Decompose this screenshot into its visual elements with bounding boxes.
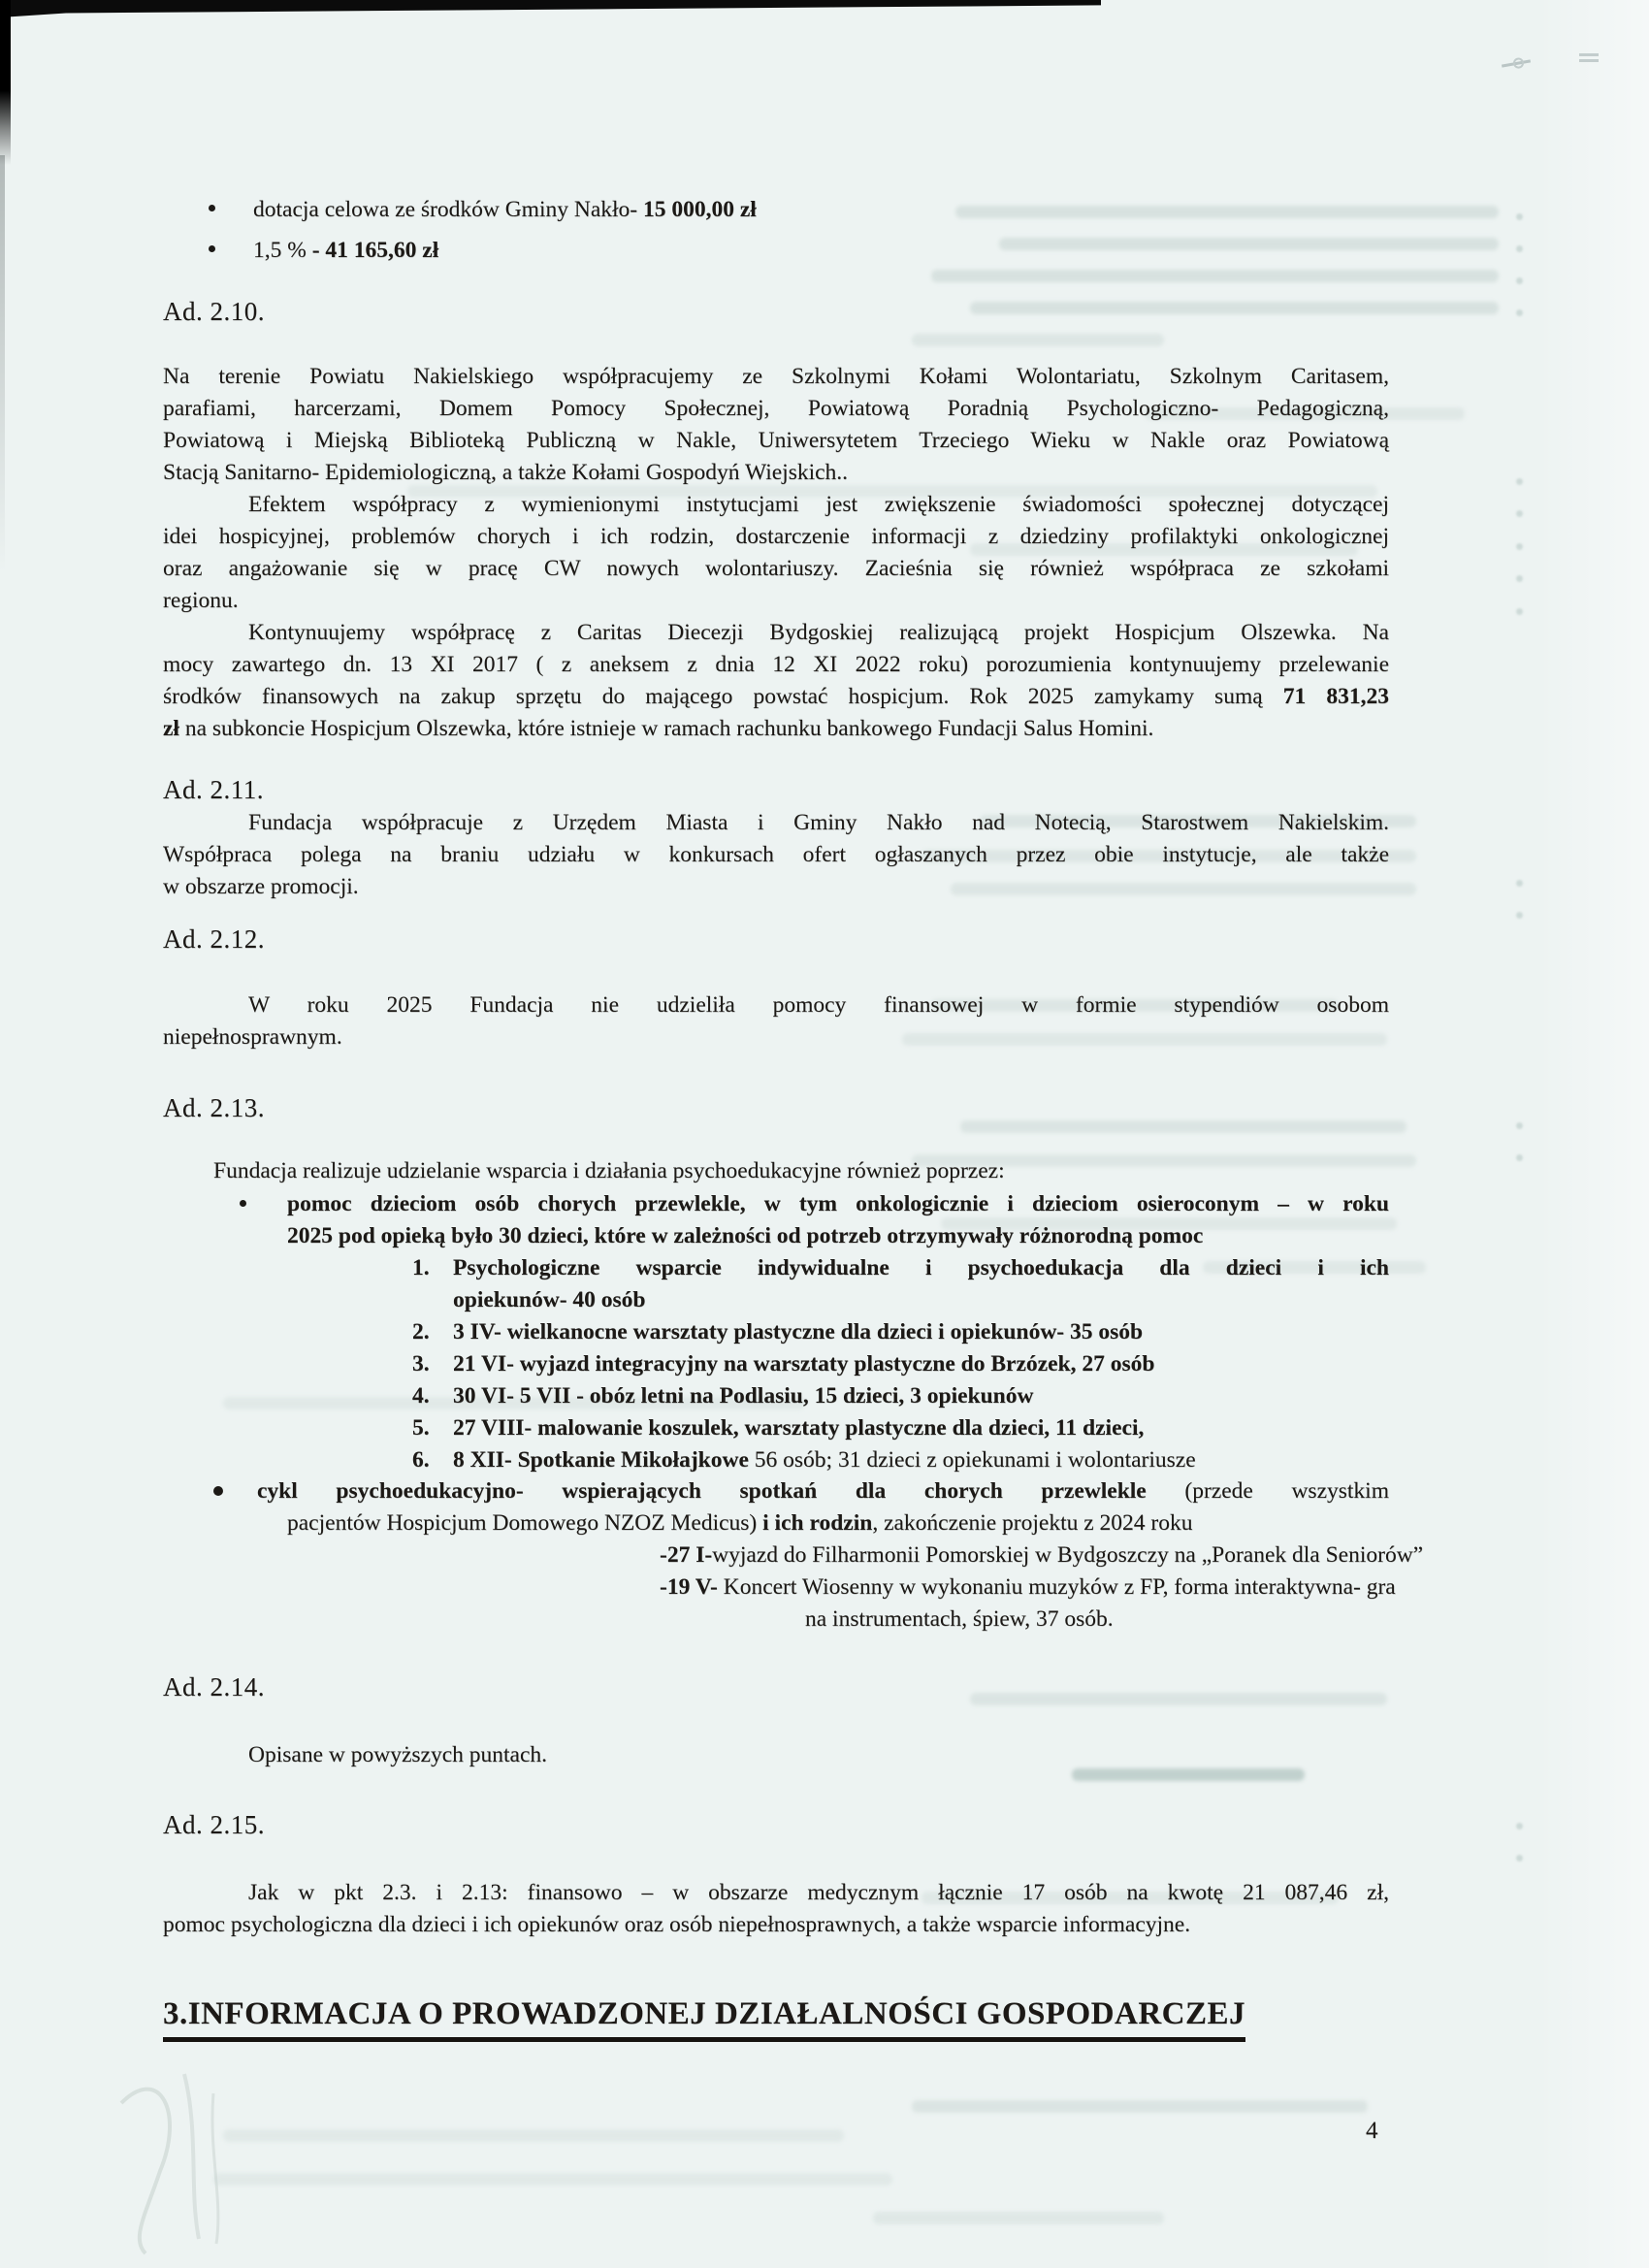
bleedthrough-dot <box>1516 213 1523 220</box>
text-line: oraz angażowanie się w pracę CW nowych w… <box>163 553 1389 585</box>
bullet-psychoeducation-cycle: cykl psychoedukacyjno- wspierających spo… <box>213 1475 1389 1539</box>
scan-edge-left-fade <box>0 155 5 572</box>
pencil-scribble <box>92 2045 296 2268</box>
numbered-item-3: 3. 21 VI- wyjazd integracyjny na warszta… <box>412 1348 1389 1380</box>
bleedthrough-line <box>213 2173 892 2186</box>
paragraph-2-12: W roku 2025 Fundacja nie udzieliła pomoc… <box>163 989 1389 1053</box>
pencil-mark <box>1579 53 1599 56</box>
bleedthrough-dot <box>1516 245 1523 252</box>
paragraph-2-15: Jak w pkt 2.3. i 2.13: finansowo – w obs… <box>163 1877 1389 1941</box>
bleedthrough-dot <box>1516 575 1523 582</box>
funding-item: dotacja celowa ze środków Gminy Nakło- 1… <box>163 194 1389 226</box>
bleedthrough-line <box>912 334 1164 346</box>
scan-edge-top <box>0 0 1101 17</box>
text-line: niepełnosprawnym. <box>163 1021 1389 1053</box>
bleedthrough-dot <box>1516 1122 1523 1129</box>
text-run: 56 osób; 31 dzieci z opiekunami i wolont… <box>749 1447 1196 1473</box>
text-line: W roku 2025 Fundacja nie udzieliła pomoc… <box>163 989 1389 1021</box>
text-run: wyjazd do Filharmonii Pomorskiej w Bydgo… <box>712 1542 1423 1568</box>
section-heading-2-14: Ad. 2.14. <box>163 1671 1389 1703</box>
text-run: Koncert Wiosenny w wykonaniu muzyków z F… <box>718 1574 1396 1600</box>
text-line: Współpraca polega na braniu udziału w ko… <box>163 839 1389 871</box>
section-3-heading: 3.INFORMACJA O PROWADZONEJ DZIAŁALNOŚCI … <box>163 1998 1245 2042</box>
text-line: Powiatową i Miejską Biblioteką Publiczną… <box>163 425 1389 457</box>
page-number: 4 <box>1366 2115 1378 2147</box>
section-heading-2-10: Ad. 2.10. <box>163 296 1389 328</box>
text-line: Efektem współpracy z wymienionymi instyt… <box>163 489 1389 521</box>
bullet-children-support: pomoc dzieciom osób chorych przewlekle, … <box>240 1188 1389 1252</box>
text-line: pomoc dzieciom osób chorych przewlekle, … <box>287 1188 1389 1220</box>
text-line: idei hospicyjnej, problemów chorych i ic… <box>163 521 1389 553</box>
bold-amount: zł <box>163 716 179 741</box>
numbered-item-4: 4. 30 VI- 5 VII - obóz letni na Podlasiu… <box>412 1380 1389 1412</box>
text-line: pacjentów Hospicjum Domowego NZOZ Medicu… <box>213 1507 1389 1539</box>
bleedthrough-dot <box>1516 277 1523 284</box>
item-number: 1. <box>412 1252 430 1284</box>
bold-run: -27 I- <box>660 1542 712 1568</box>
event-line-philharmonic: -27 I-wyjazd do Filharmonii Pomorskiej w… <box>660 1539 1423 1571</box>
numbered-item-1: 1. Psychologiczne wsparcie indywidualne … <box>412 1252 1389 1316</box>
numbered-activity-list: 1. Psychologiczne wsparcie indywidualne … <box>412 1252 1389 1476</box>
text-line: Na terenie Powiatu Nakielskiego współpra… <box>163 361 1389 393</box>
bleedthrough-dot <box>1516 543 1523 550</box>
bleedthrough-dot <box>1516 1823 1523 1830</box>
funding-text: dotacja celowa ze środków Gminy Nakło- <box>253 197 643 222</box>
bleedthrough-dot <box>1516 510 1523 517</box>
bleedthrough-dot <box>1516 912 1523 919</box>
paragraph-2-10-b: Efektem współpracy z wymienionymi instyt… <box>163 489 1389 617</box>
funding-text: 1,5 % <box>253 238 312 263</box>
bold-run: i ich rodzin <box>762 1510 872 1536</box>
item-number: 4. <box>412 1380 430 1412</box>
item-number: 6. <box>412 1444 430 1476</box>
bleedthrough-line <box>223 2129 844 2142</box>
bleedthrough-dot <box>1516 478 1523 485</box>
bold-amount: 71 831,23 <box>1283 684 1389 709</box>
bleedthrough-dot <box>1516 1855 1523 1862</box>
paragraph-2-13-intro: Fundacja realizuje udzielanie wsparcia i… <box>163 1155 1389 1187</box>
bleedthrough-line <box>873 2212 1164 2224</box>
paragraph-2-10-a: Na terenie Powiatu Nakielskiego współpra… <box>163 361 1389 489</box>
item-number: 3. <box>412 1348 430 1380</box>
text-line: Kontynuujemy współpracę z Caritas Diecez… <box>163 617 1389 649</box>
text-run: (przede wszystkim <box>1147 1478 1389 1504</box>
bleedthrough-dot <box>1516 608 1523 615</box>
item-number: 2. <box>412 1316 430 1348</box>
text-line: mocy zawartego dn. 13 XI 2017 ( z anekse… <box>163 649 1389 681</box>
text-line: opiekunów- 40 osób <box>453 1284 1389 1316</box>
text-run: na instrumentach, śpiew, 37 osób. <box>805 1606 1114 1632</box>
text-run: na subkoncie Hospicjum Olszewka, które i… <box>179 716 1153 741</box>
pencil-mark <box>1502 59 1531 67</box>
text-line: zł na subkoncie Hospicjum Olszewka, któr… <box>163 713 1389 745</box>
funding-item: 1,5 % - 41 165,60 zł <box>163 235 1389 267</box>
numbered-item-6: 6. 8 XII- Spotkanie Mikołajkowe 56 osób;… <box>412 1444 1389 1476</box>
text-line: 27 VIII- malowanie koszulek, warsztaty p… <box>453 1415 1144 1441</box>
bleedthrough-dot <box>1516 309 1523 316</box>
bleedthrough-dot <box>1516 1154 1523 1161</box>
text-run: pacjentów Hospicjum Domowego NZOZ Medicu… <box>287 1510 762 1536</box>
bleedthrough-line <box>912 2100 1368 2113</box>
bullet-icon <box>209 205 215 211</box>
item-number: 5. <box>412 1412 430 1444</box>
paragraph-2-10-c: Kontynuujemy współpracę z Caritas Diecez… <box>163 617 1389 745</box>
text-line: 21 VI- wyjazd integracyjny na warsztaty … <box>453 1351 1154 1377</box>
section-heading-2-12: Ad. 2.12. <box>163 923 1389 956</box>
scan-paper-right-edge <box>1537 0 1649 2268</box>
text-line: środków finansowych na zakup sprzętu do … <box>163 681 1389 713</box>
section-3-heading-wrap: 3.INFORMACJA O PROWADZONEJ DZIAŁALNOŚCI … <box>163 1998 1389 2042</box>
text-line: cykl psychoedukacyjno- wspierających spo… <box>213 1475 1389 1507</box>
bold-run: cykl psychoedukacyjno- wspierających spo… <box>257 1478 1147 1504</box>
text-line: parafiami, harcerzami, Domem Pomocy Społ… <box>163 393 1389 425</box>
scan-edge-left <box>0 0 11 165</box>
text-line: Psychologiczne wsparcie indywidualne i p… <box>453 1252 1389 1284</box>
text-run: , zakończenie projektu z 2024 roku <box>872 1510 1192 1536</box>
bold-run: 8 XII- Spotkanie Mikołajkowe <box>453 1447 749 1473</box>
text-line: Stacją Sanitarno- Epidemiologiczną, a ta… <box>163 457 1389 489</box>
section-heading-2-13: Ad. 2.13. <box>163 1092 1389 1124</box>
paragraph-2-11: Fundacja współpracuje z Urzędem Miasta i… <box>163 807 1389 903</box>
text-line: w obszarze promocji. <box>163 871 1389 903</box>
numbered-item-2: 2. 3 IV- wielkanocne warsztaty plastyczn… <box>412 1316 1389 1348</box>
event-line-spring-concert: -19 V- Koncert Wiosenny w wykonaniu muzy… <box>660 1571 1396 1604</box>
text-line: 2025 pod opieką było 30 dzieci, które w … <box>287 1220 1389 1252</box>
bullet-icon <box>209 245 215 252</box>
text-line: 3 IV- wielkanocne warsztaty plastyczne d… <box>453 1319 1143 1345</box>
funding-amount: 15 000,00 zł <box>643 197 757 222</box>
paragraph-2-14: Opisane w powyższych puntach. <box>163 1739 1389 1771</box>
section-heading-2-11: Ad. 2.11. <box>163 774 1389 806</box>
bleedthrough-dot <box>1516 880 1523 887</box>
scanned-report-page: dotacja celowa ze środków Gminy Nakło- 1… <box>0 0 1649 2268</box>
numbered-item-5: 5. 27 VIII- malowanie koszulek, warsztat… <box>412 1412 1389 1444</box>
text-line: Fundacja współpracuje z Urzędem Miasta i… <box>163 807 1389 839</box>
funding-amount: - 41 165,60 zł <box>312 238 439 263</box>
bold-run: -19 V- <box>660 1574 718 1600</box>
section-heading-2-15: Ad. 2.15. <box>163 1809 1389 1841</box>
text-line: pomoc psychologiczna dla dzieci i ich op… <box>163 1909 1389 1941</box>
event-line-continuation: na instrumentach, śpiew, 37 osób. <box>805 1604 1114 1636</box>
funding-list: dotacja celowa ze środków Gminy Nakło- 1… <box>163 194 1389 275</box>
text-run: środków finansowych na zakup sprzętu do … <box>163 684 1283 709</box>
text-line: Jak w pkt 2.3. i 2.13: finansowo – w obs… <box>163 1877 1389 1909</box>
text-line: 30 VI- 5 VII - obóz letni na Podlasiu, 1… <box>453 1383 1033 1409</box>
text-line: regionu. <box>163 585 1389 617</box>
